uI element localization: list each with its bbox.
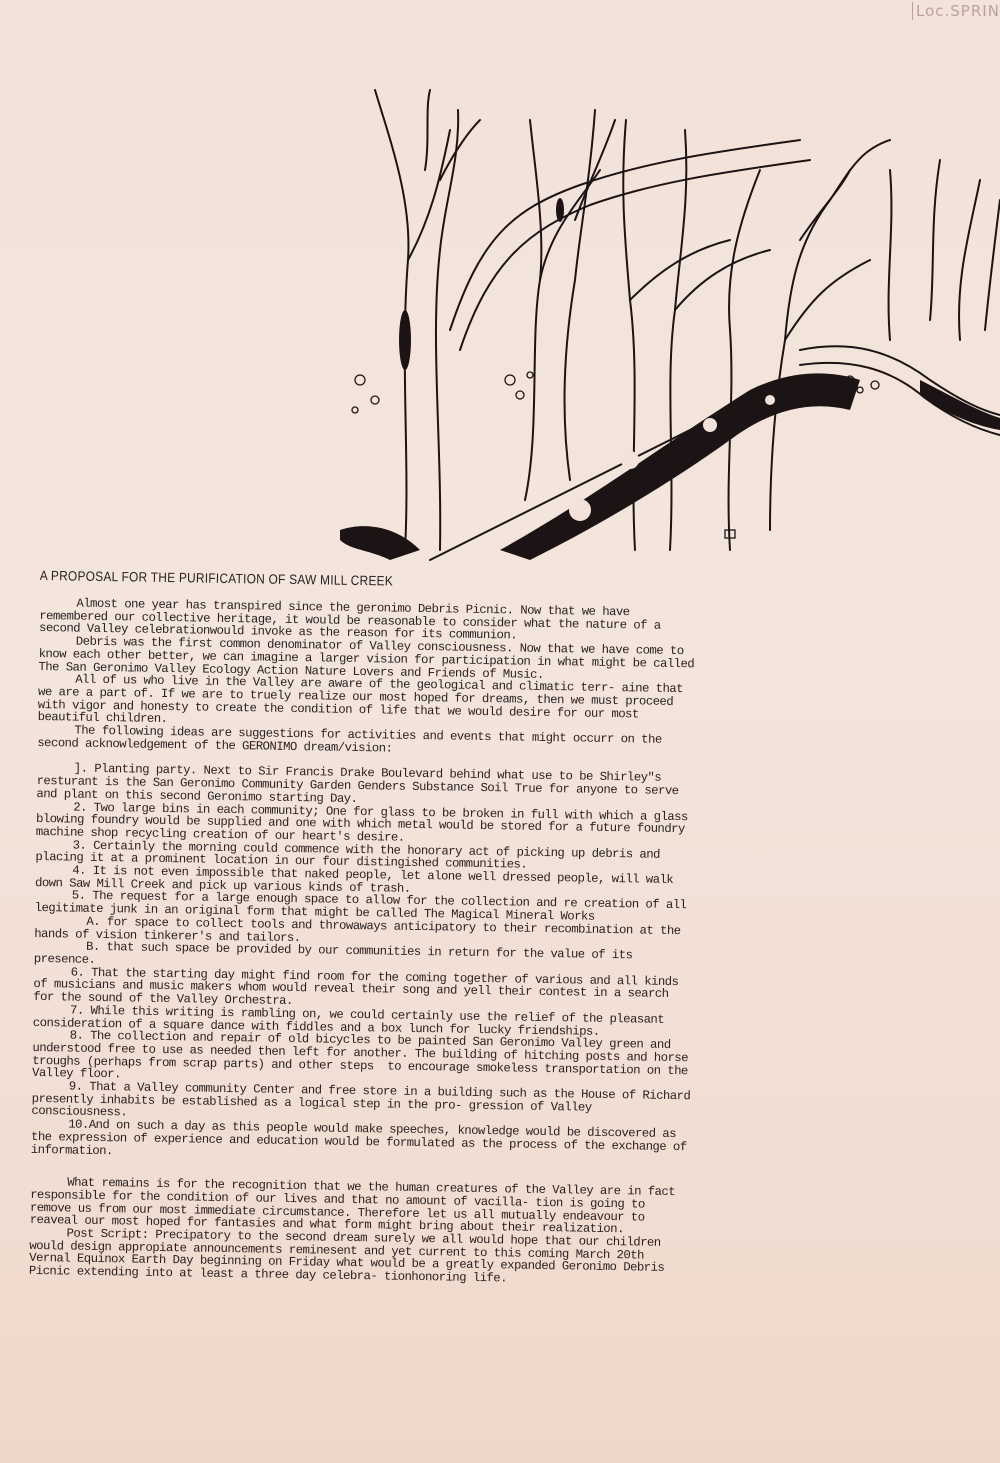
proposal-document: A PROPOSAL FOR THE PURIFICATION OF SAW M… [29,568,700,1288]
post-script: Post Script: Precipatory to the second d… [29,1227,690,1288]
forest-creek-illustration [330,80,1000,580]
handwritten-archive-note: Loc.SPRING [912,2,1000,20]
